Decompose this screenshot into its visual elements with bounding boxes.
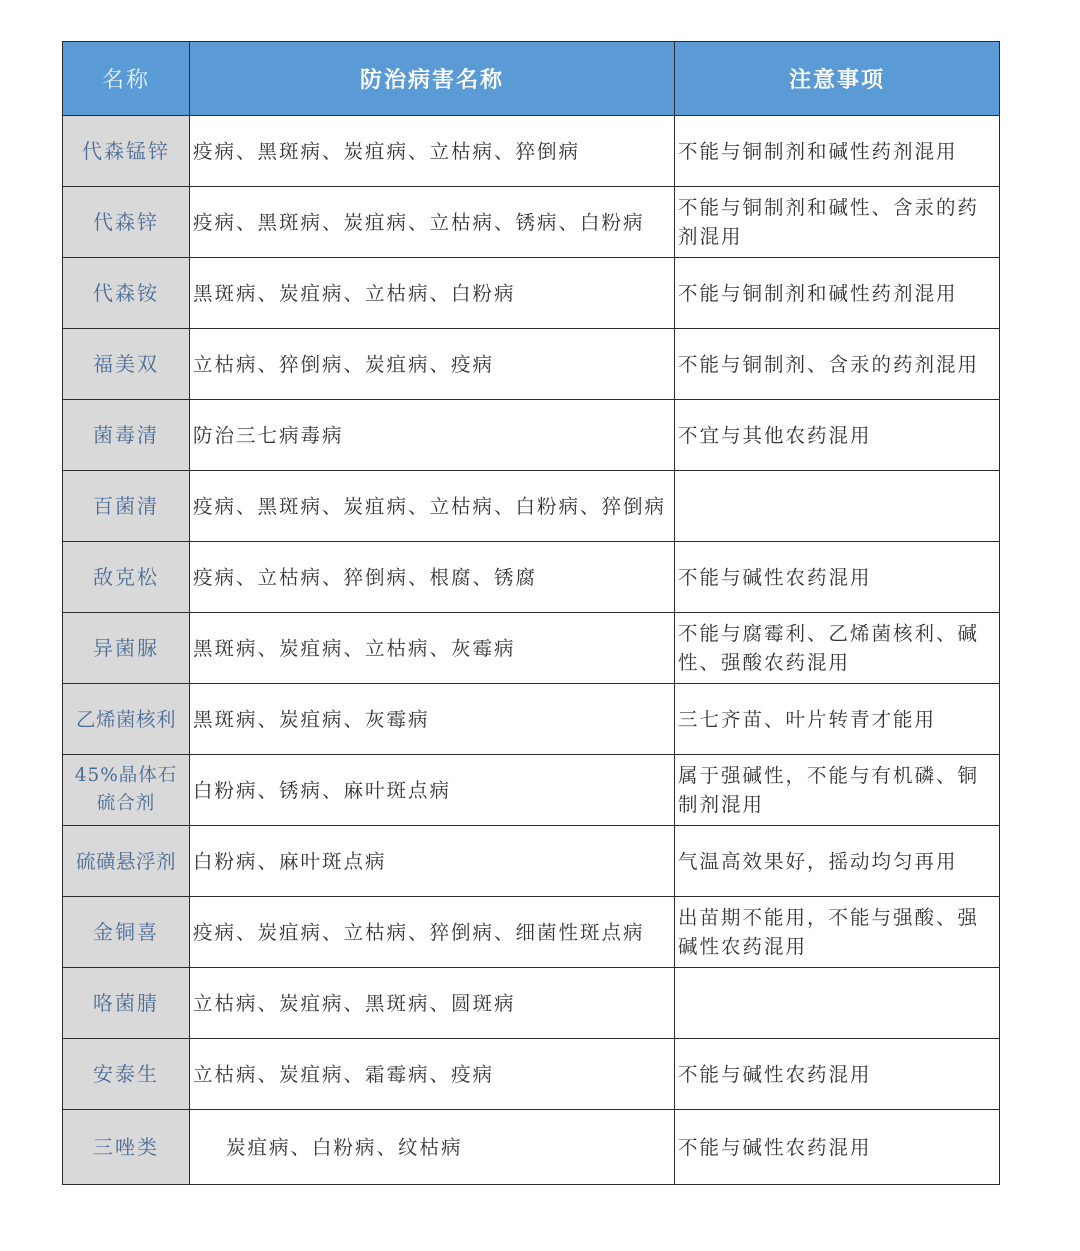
row-diseases: 黑斑病、炭疽病、灰霉病 xyxy=(190,684,675,755)
row-diseases: 防治三七病毒病 xyxy=(190,400,675,471)
table-row: 代森铵 黑斑病、炭疽病、立枯病、白粉病 不能与铜制剂和碱性药剂混用 xyxy=(63,258,1000,329)
table-row: 菌毒清 防治三七病毒病 不宜与其他农药混用 xyxy=(63,400,1000,471)
row-name: 金铜喜 xyxy=(63,897,190,968)
table-row: 硫磺悬浮剂 白粉病、麻叶斑点病 气温高效果好，摇动均匀再用 xyxy=(63,826,1000,897)
row-diseases: 黑斑病、炭疽病、立枯病、灰霉病 xyxy=(190,613,675,684)
row-diseases: 白粉病、麻叶斑点病 xyxy=(190,826,675,897)
row-diseases: 炭疽病、白粉病、纹枯病 xyxy=(190,1110,675,1185)
row-name: 百菌清 xyxy=(63,471,190,542)
row-diseases: 疫病、黑斑病、炭疽病、立枯病、白粉病、猝倒病 xyxy=(190,471,675,542)
table-row: 45%晶体石硫合剂 白粉病、锈病、麻叶斑点病 属于强碱性，不能与有机磷、铜制剂混… xyxy=(63,755,1000,826)
table-row: 咯菌腈 立枯病、炭疽病、黑斑病、圆斑病 xyxy=(63,968,1000,1039)
row-diseases: 立枯病、炭疽病、霜霉病、疫病 xyxy=(190,1039,675,1110)
row-notes: 气温高效果好，摇动均匀再用 xyxy=(675,826,1000,897)
row-name: 异菌脲 xyxy=(63,613,190,684)
header-notes: 注意事项 xyxy=(675,42,1000,116)
row-notes: 不能与铜制剂和碱性药剂混用 xyxy=(675,258,1000,329)
row-notes xyxy=(675,968,1000,1039)
row-notes: 出苗期不能用，不能与强酸、强碱性农药混用 xyxy=(675,897,1000,968)
row-name: 安泰生 xyxy=(63,1039,190,1110)
row-notes: 不能与铜制剂和碱性药剂混用 xyxy=(675,116,1000,187)
row-name: 敌克松 xyxy=(63,542,190,613)
table-row: 代森锰锌 疫病、黑斑病、炭疽病、立枯病、猝倒病 不能与铜制剂和碱性药剂混用 xyxy=(63,116,1000,187)
row-notes: 不能与铜制剂、含汞的药剂混用 xyxy=(675,329,1000,400)
table-row: 安泰生 立枯病、炭疽病、霜霉病、疫病 不能与碱性农药混用 xyxy=(63,1039,1000,1110)
row-notes: 不能与铜制剂和碱性、含汞的药剂混用 xyxy=(675,187,1000,258)
row-name: 代森锰锌 xyxy=(63,116,190,187)
row-notes: 不能与碱性农药混用 xyxy=(675,542,1000,613)
row-name: 乙烯菌核利 xyxy=(63,684,190,755)
row-diseases: 疫病、黑斑病、炭疽病、立枯病、锈病、白粉病 xyxy=(190,187,675,258)
row-diseases: 黑斑病、炭疽病、立枯病、白粉病 xyxy=(190,258,675,329)
header-name: 名称 xyxy=(63,42,190,116)
table-row: 金铜喜 疫病、炭疽病、立枯病、猝倒病、细菌性斑点病 出苗期不能用，不能与强酸、强… xyxy=(63,897,1000,968)
table-body: 代森锰锌 疫病、黑斑病、炭疽病、立枯病、猝倒病 不能与铜制剂和碱性药剂混用 代森… xyxy=(63,116,1000,1185)
row-notes: 不能与碱性农药混用 xyxy=(675,1110,1000,1185)
table-row: 百菌清 疫病、黑斑病、炭疽病、立枯病、白粉病、猝倒病 xyxy=(63,471,1000,542)
row-diseases: 疫病、立枯病、猝倒病、根腐、锈腐 xyxy=(190,542,675,613)
table-header: 名称 防治病害名称 注意事项 xyxy=(63,42,1000,116)
fungicide-table: 名称 防治病害名称 注意事项 代森锰锌 疫病、黑斑病、炭疽病、立枯病、猝倒病 不… xyxy=(62,41,1000,1185)
row-notes: 属于强碱性，不能与有机磷、铜制剂混用 xyxy=(675,755,1000,826)
table-row: 异菌脲 黑斑病、炭疽病、立枯病、灰霉病 不能与腐霉利、乙烯菌核利、碱性、强酸农药… xyxy=(63,613,1000,684)
row-notes: 不能与腐霉利、乙烯菌核利、碱性、强酸农药混用 xyxy=(675,613,1000,684)
row-diseases: 白粉病、锈病、麻叶斑点病 xyxy=(190,755,675,826)
row-notes: 不能与碱性农药混用 xyxy=(675,1039,1000,1110)
row-name: 代森锌 xyxy=(63,187,190,258)
row-name: 代森铵 xyxy=(63,258,190,329)
row-diseases: 立枯病、猝倒病、炭疽病、疫病 xyxy=(190,329,675,400)
row-diseases: 立枯病、炭疽病、黑斑病、圆斑病 xyxy=(190,968,675,1039)
table-row: 代森锌 疫病、黑斑病、炭疽病、立枯病、锈病、白粉病 不能与铜制剂和碱性、含汞的药… xyxy=(63,187,1000,258)
row-name: 45%晶体石硫合剂 xyxy=(63,755,190,826)
row-notes xyxy=(675,471,1000,542)
header-row: 名称 防治病害名称 注意事项 xyxy=(63,42,1000,116)
header-diseases: 防治病害名称 xyxy=(190,42,675,116)
table-row: 福美双 立枯病、猝倒病、炭疽病、疫病 不能与铜制剂、含汞的药剂混用 xyxy=(63,329,1000,400)
row-diseases: 疫病、黑斑病、炭疽病、立枯病、猝倒病 xyxy=(190,116,675,187)
table-row: 三唑类 炭疽病、白粉病、纹枯病 不能与碱性农药混用 xyxy=(63,1110,1000,1185)
table-row: 敌克松 疫病、立枯病、猝倒病、根腐、锈腐 不能与碱性农药混用 xyxy=(63,542,1000,613)
row-name: 菌毒清 xyxy=(63,400,190,471)
row-name: 咯菌腈 xyxy=(63,968,190,1039)
fungicide-table-container: 名称 防治病害名称 注意事项 代森锰锌 疫病、黑斑病、炭疽病、立枯病、猝倒病 不… xyxy=(62,41,999,1185)
row-notes: 不宜与其他农药混用 xyxy=(675,400,1000,471)
row-name: 福美双 xyxy=(63,329,190,400)
row-name: 硫磺悬浮剂 xyxy=(63,826,190,897)
row-notes: 三七齐苗、叶片转青才能用 xyxy=(675,684,1000,755)
row-diseases: 疫病、炭疽病、立枯病、猝倒病、细菌性斑点病 xyxy=(190,897,675,968)
table-row: 乙烯菌核利 黑斑病、炭疽病、灰霉病 三七齐苗、叶片转青才能用 xyxy=(63,684,1000,755)
row-name: 三唑类 xyxy=(63,1110,190,1185)
